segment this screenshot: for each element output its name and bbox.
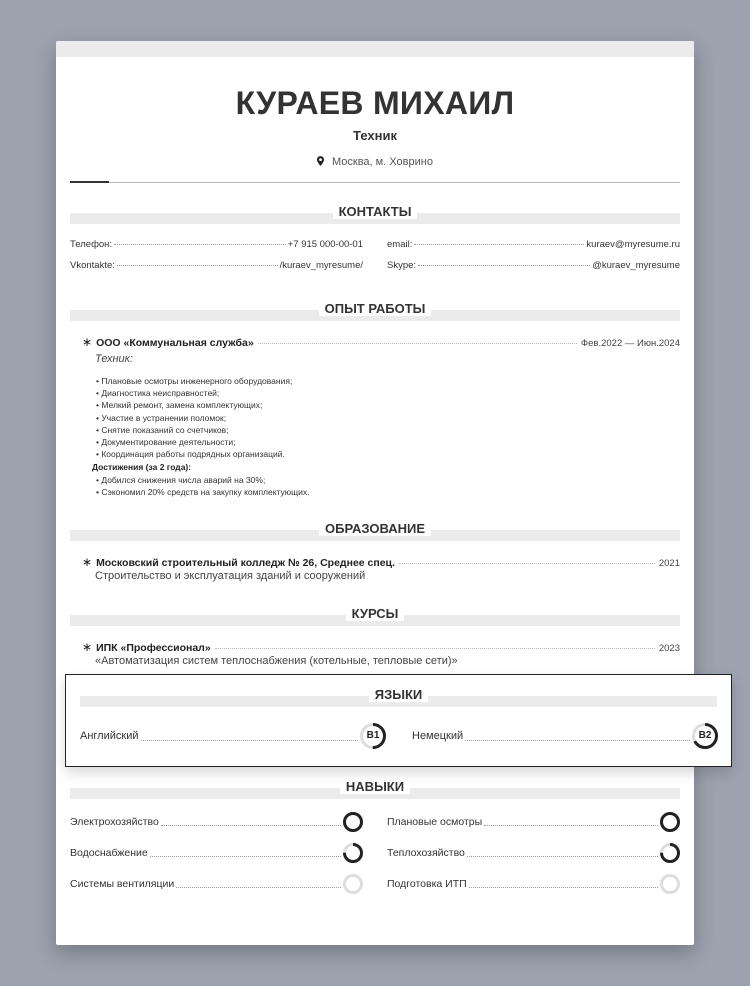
duty-item: Диагностика неисправностей; bbox=[96, 387, 292, 399]
achievement-item: Сэкономил 20% средств на закупку комплек… bbox=[96, 486, 310, 498]
courses-section-header: КУРСЫ bbox=[70, 615, 680, 626]
skill-level-ring-icon bbox=[660, 843, 680, 863]
courses-title: КУРСЫ bbox=[346, 606, 405, 621]
header-divider-accent bbox=[70, 181, 109, 183]
skill-name: Водоснабжение bbox=[70, 847, 148, 859]
phone-value[interactable]: +7 915 000-00-01 bbox=[288, 239, 363, 250]
skill-level-ring-icon bbox=[660, 874, 680, 894]
language-level: B2 bbox=[692, 723, 718, 749]
language-level-ring-icon: B1 bbox=[360, 723, 386, 749]
language-row: Немецкий B2 bbox=[412, 723, 718, 749]
asterisk-icon: ∗ bbox=[82, 555, 92, 569]
duty-item: Плановые осмотры инженерного оборудовани… bbox=[96, 375, 292, 387]
language-level-ring-icon: B2 bbox=[692, 723, 718, 749]
languages-section[interactable]: ЯЗЫКИ Английский B1Немецкий B2 bbox=[65, 674, 732, 767]
duty-item: Мелкий ремонт, замена комплектующих; bbox=[96, 399, 292, 411]
vkontakte-value[interactable]: /kuraev_myresume/ bbox=[280, 260, 363, 271]
skills-title: НАВЫКИ bbox=[340, 779, 410, 794]
asterisk-icon: ∗ bbox=[82, 640, 92, 654]
skill-name: Электрохозяйство bbox=[70, 816, 159, 828]
contacts-title: КОНТАКТЫ bbox=[333, 204, 418, 219]
experience-section-header: ОПЫТ РАБОТЫ bbox=[70, 310, 680, 321]
contacts-section-header: КОНТАКТЫ bbox=[70, 213, 680, 224]
skills-section-header: НАВЫКИ bbox=[70, 788, 680, 799]
location-text: Москва, м. Ховрино bbox=[332, 156, 433, 168]
languages-title: ЯЗЫКИ bbox=[369, 687, 429, 702]
achievement-item: Добился снижения числа аварий на 30%; bbox=[96, 474, 310, 486]
company-name: ООО «Коммунальная служба» bbox=[96, 337, 254, 349]
language-name: Немецкий bbox=[412, 730, 463, 742]
contact-email: email:kuraev@myresume.ru bbox=[387, 239, 680, 250]
contact-phone: Телефон:+7 915 000-00-01 bbox=[70, 239, 363, 250]
duties-list: Плановые осмотры инженерного оборудовани… bbox=[96, 375, 292, 460]
skill-row: Системы вентиляции bbox=[70, 874, 363, 894]
language-row: Английский B1 bbox=[80, 723, 386, 749]
course-entry: ∗ ИПК «Профессионал» 2023 bbox=[82, 640, 680, 654]
course-provider: ИПК «Профессионал» bbox=[96, 642, 211, 654]
skill-name: Системы вентиляции bbox=[70, 878, 174, 890]
skill-row: Плановые осмотры bbox=[387, 812, 680, 832]
candidate-position: Техник bbox=[56, 128, 694, 143]
education-year: 2021 bbox=[659, 558, 680, 569]
skill-row: Подготовка ИТП bbox=[387, 874, 680, 894]
resume-page: КУРАЕВ МИХАИЛ Техник Москва, м. Ховрино … bbox=[56, 41, 694, 945]
skill-level-ring-icon bbox=[343, 874, 363, 894]
asterisk-icon: ∗ bbox=[82, 335, 92, 349]
achievements-list: Добился снижения числа аварий на 30%;Сэк… bbox=[96, 474, 310, 498]
skype-value[interactable]: @kuraev_myresume bbox=[592, 260, 680, 271]
candidate-name: КУРАЕВ МИХАИЛ bbox=[56, 85, 694, 122]
map-pin-icon bbox=[317, 156, 324, 166]
experience-dates: Фев.2022 — Июн.2024 bbox=[581, 338, 680, 349]
experience-title: ОПЫТ РАБОТЫ bbox=[319, 301, 432, 316]
skill-level-ring-icon bbox=[343, 812, 363, 832]
course-year: 2023 bbox=[659, 643, 680, 654]
language-level: B1 bbox=[360, 723, 386, 749]
email-value[interactable]: kuraev@myresume.ru bbox=[586, 239, 680, 250]
experience-entry: ∗ ООО «Коммунальная служба» Фев.2022 — И… bbox=[82, 335, 680, 349]
skill-row: Электрохозяйство bbox=[70, 812, 363, 832]
skill-level-ring-icon bbox=[343, 843, 363, 863]
duty-item: Участие в устранении поломок; bbox=[96, 412, 292, 424]
education-section-header: ОБРАЗОВАНИЕ bbox=[70, 530, 680, 541]
skill-name: Плановые осмотры bbox=[387, 816, 482, 828]
skill-row: Теплохозяйство bbox=[387, 843, 680, 863]
institution-name: Московский строительный колледж № 26, Ср… bbox=[96, 557, 395, 569]
skill-name: Подготовка ИТП bbox=[387, 878, 467, 890]
education-title: ОБРАЗОВАНИЕ bbox=[319, 521, 431, 536]
skill-level-ring-icon bbox=[660, 812, 680, 832]
skill-name: Теплохозяйство bbox=[387, 847, 465, 859]
languages-section-header: ЯЗЫКИ bbox=[80, 696, 717, 707]
language-name: Английский bbox=[80, 730, 139, 742]
page-top-bar bbox=[56, 41, 694, 57]
contact-vkontakte: Vkontakte:/kuraev_myresume/ bbox=[70, 260, 363, 271]
candidate-location: Москва, м. Ховрино bbox=[56, 156, 694, 168]
experience-role: Техник: bbox=[95, 353, 133, 365]
education-entry: ∗ Московский строительный колледж № 26, … bbox=[82, 555, 680, 569]
contact-skype: Skype:@kuraev_myresume bbox=[387, 260, 680, 271]
duty-item: Координация работы подрядных организаций… bbox=[96, 448, 292, 460]
achievements-label: Достижения (за 2 года): bbox=[92, 462, 191, 472]
duty-item: Документирование деятельности; bbox=[96, 436, 292, 448]
skill-row: Водоснабжение bbox=[70, 843, 363, 863]
course-name: «Автоматизация систем теплоснабжения (ко… bbox=[95, 655, 458, 667]
header-divider bbox=[70, 182, 680, 183]
duty-item: Снятие показаний со счетчиков; bbox=[96, 424, 292, 436]
education-specialty: Строительство и эксплуатация зданий и со… bbox=[95, 570, 365, 582]
